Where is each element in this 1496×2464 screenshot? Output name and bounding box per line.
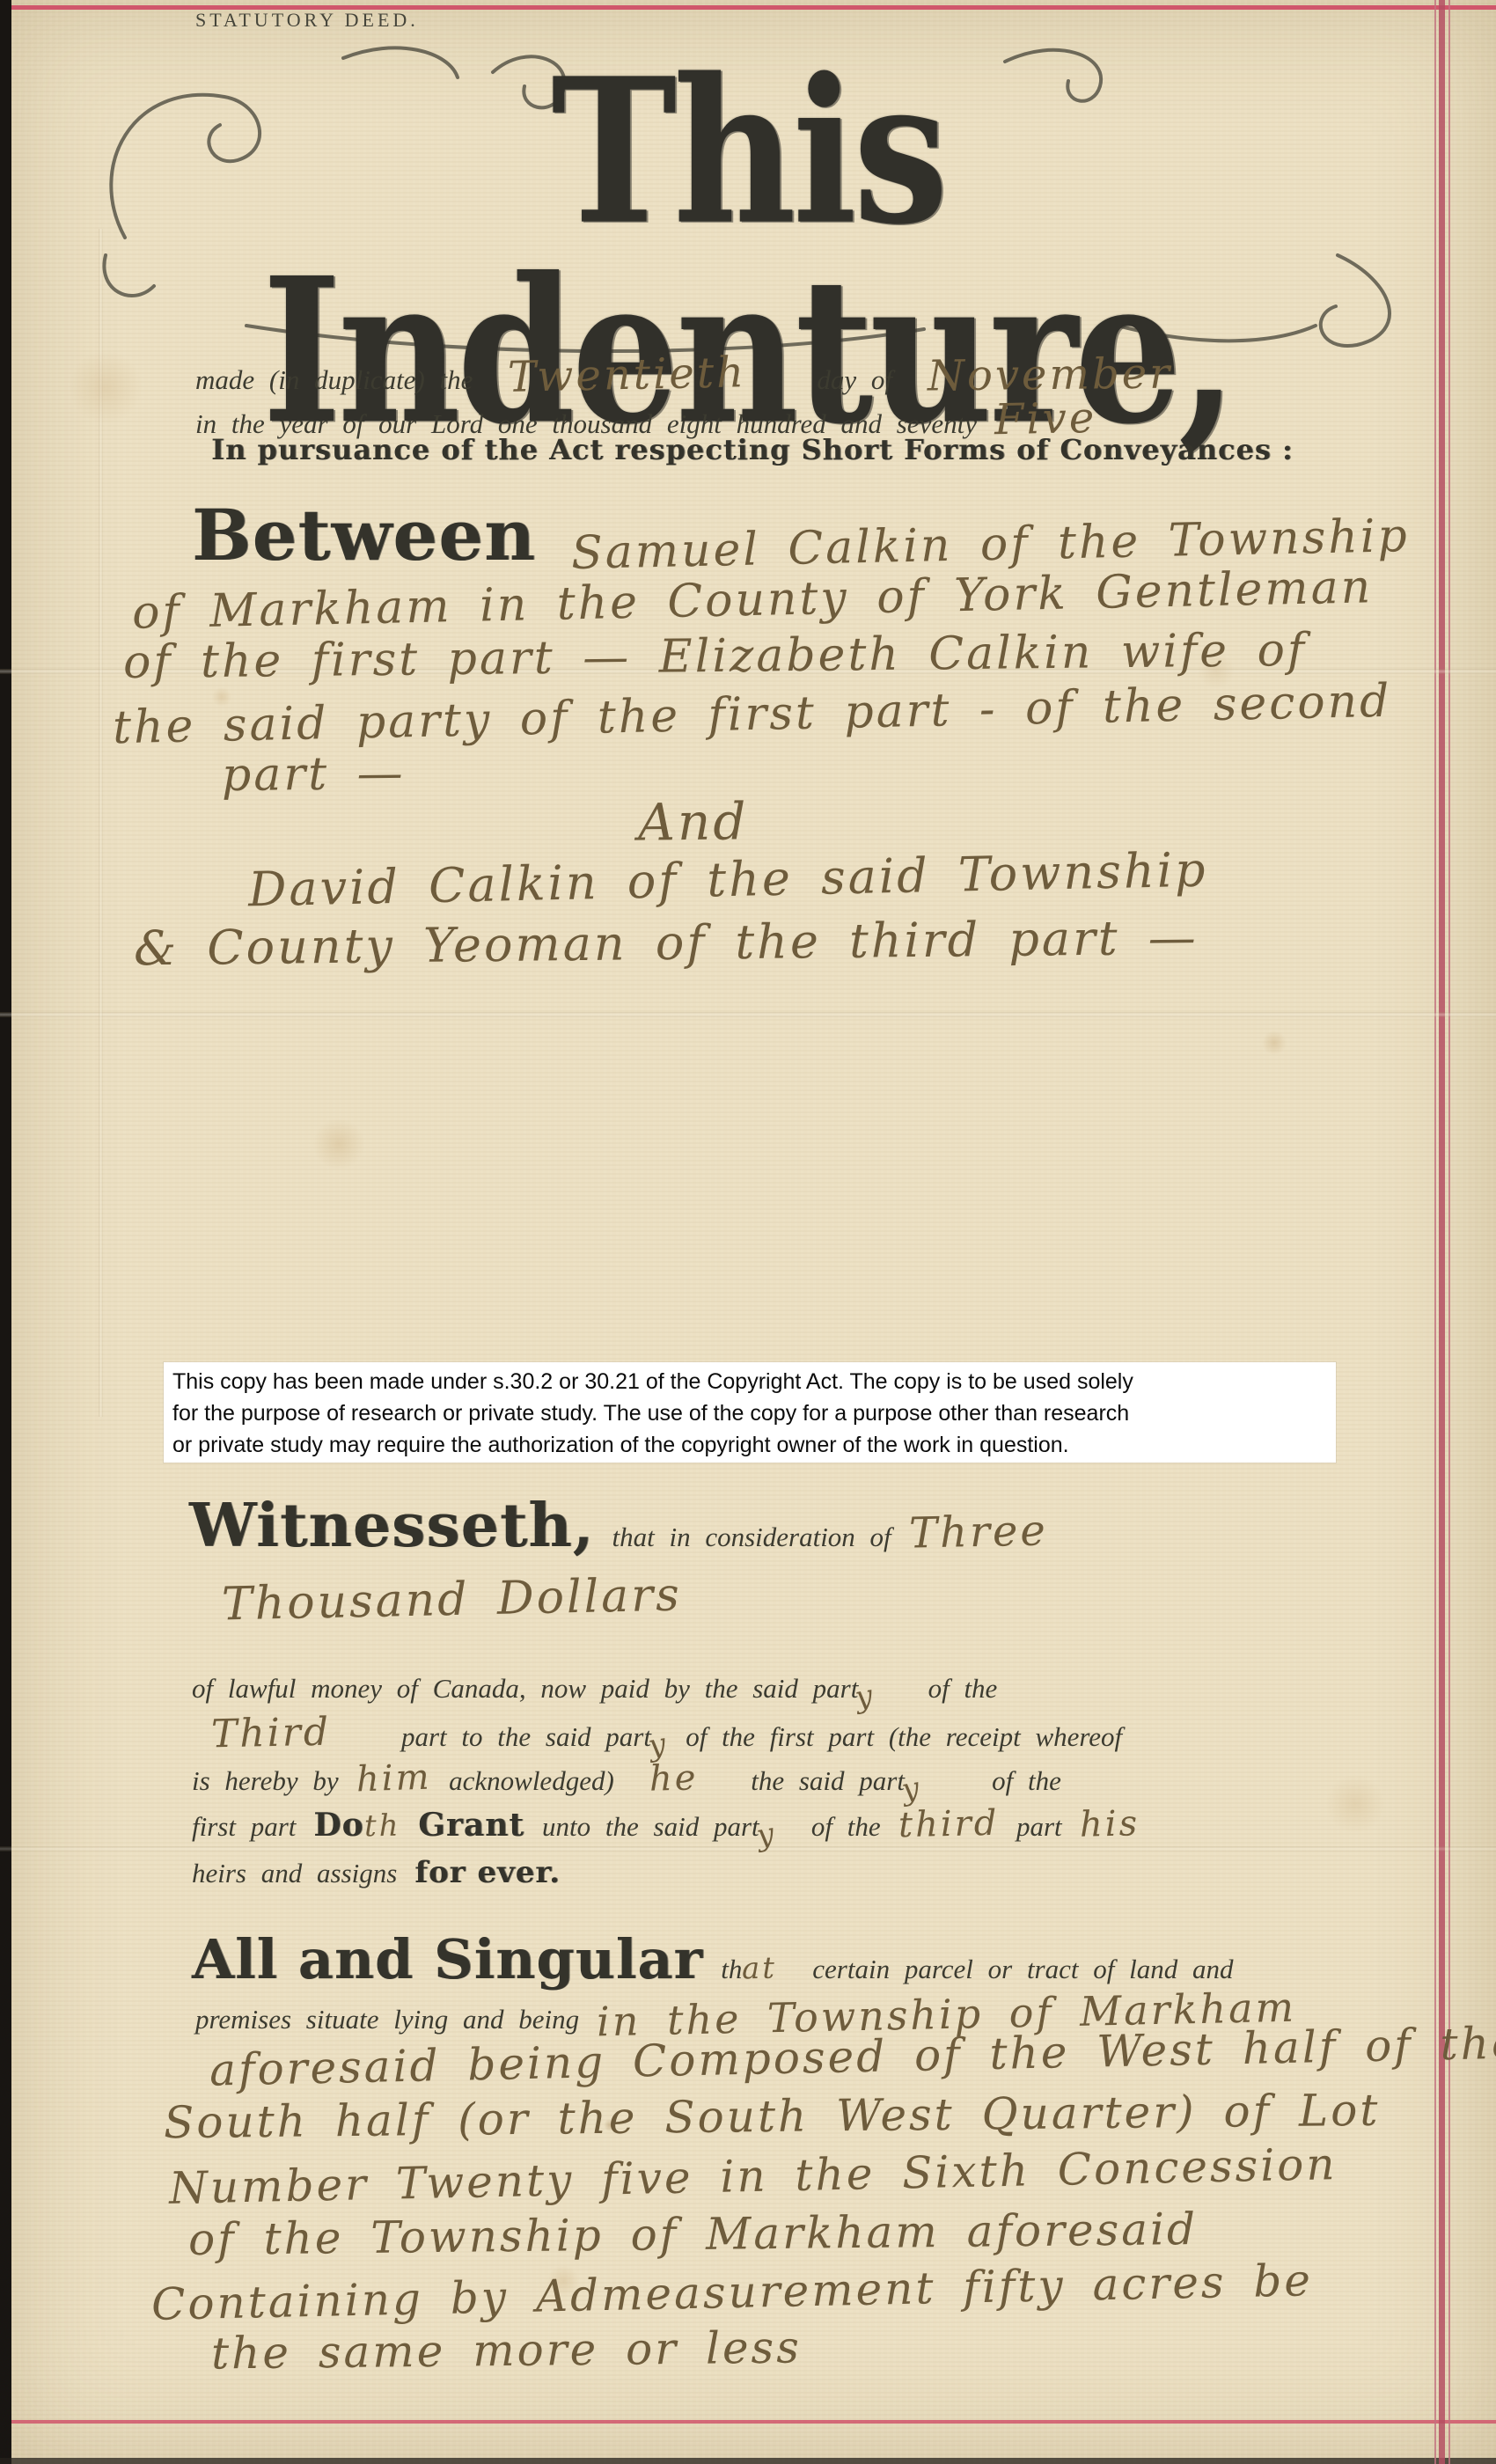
deed-document-scan: STATUTORY DEED. This Indenture, made (in… — [0, 0, 1496, 2464]
right-margin-rule — [1439, 0, 1445, 2464]
fold-crease — [0, 1846, 1496, 1852]
handwritten-at: at — [742, 1951, 778, 1987]
printed-text: of the — [811, 1811, 881, 1843]
handwritten-him: him — [356, 1757, 432, 1800]
printed-text: that in consideration of — [612, 1522, 891, 1553]
handwritten-third-party-line: & County Yeoman of the third part — — [134, 910, 1199, 977]
blackletter-grant: Grant — [418, 1807, 524, 1844]
handwritten-th: th — [363, 1808, 400, 1844]
printed-text: unto the said part — [542, 1811, 759, 1843]
handwritten-and: And — [638, 791, 749, 852]
printed-text: of the first part (the receipt whereof — [686, 1721, 1122, 1753]
witnesseth-heading: Witnesseth, — [189, 1496, 594, 1556]
pursuance-line: In pursuance of the Act respecting Short… — [189, 433, 1316, 466]
printed-text: of the — [928, 1673, 998, 1705]
blackletter-forever: for ever. — [414, 1855, 561, 1890]
printed-text: day of — [817, 364, 892, 396]
printed-text: first part — [192, 1811, 296, 1843]
printed-text: acknowledged) — [449, 1765, 614, 1797]
between-section-start: Between Samuel Calkin of the Township — [192, 500, 1410, 571]
handwritten-y: y — [899, 1770, 925, 1808]
handwritten-party-line: part — — [222, 747, 406, 802]
printed-text: the said part — [751, 1765, 905, 1797]
copyright-notice-line: or private study may require the authori… — [172, 1429, 1327, 1461]
opening-line-1: made (in duplicate) the Twentieth day of… — [195, 350, 1172, 400]
fold-crease — [0, 1012, 1496, 1017]
handwritten-description-line: Number Twenty five in the Sixth Concessi… — [169, 2138, 1338, 2214]
document-type-label: STATUTORY DEED. — [195, 9, 419, 32]
copyright-notice-line: This copy has been made under s.30.2 or … — [172, 1366, 1327, 1397]
printed-text: certain parcel or tract of land and — [812, 1954, 1233, 1985]
printed-text: premises situate lying and being — [195, 2004, 579, 2035]
all-and-singular-heading: All and Singular — [192, 1932, 703, 1987]
right-margin-rule — [1434, 0, 1436, 2464]
printed-text: part — [1016, 1811, 1062, 1843]
witnesseth-section-start: Witnesseth, that in consideration of Thr… — [189, 1496, 1047, 1557]
parcel-section-start: All and Singular th at certain parcel or… — [192, 1932, 1233, 1987]
blackletter-do: Do — [313, 1807, 363, 1844]
handwritten-third: third — [898, 1803, 999, 1845]
handwritten-month: November — [928, 349, 1173, 401]
handwritten-description-line: Containing by Admeasurement fifty acres … — [151, 2255, 1314, 2330]
printed-text: made (in duplicate) the — [195, 364, 473, 396]
printed-text: th — [721, 1954, 742, 1985]
handwritten-description-line: the same more or less — [211, 2321, 802, 2379]
consideration-line-2: Third part to the said part y of the fir… — [211, 1711, 1122, 1756]
consideration-line-3: is hereby by him acknowledged) he the sa… — [192, 1758, 1061, 1799]
printed-text: part to the said part — [401, 1721, 651, 1753]
consideration-line-1: of lawful money of Canada, now paid by t… — [192, 1670, 997, 1705]
handwritten-party-line: of the first part — Elizabeth Calkin wif… — [123, 624, 1308, 689]
between-heading: Between — [192, 500, 536, 570]
handwritten-description-line: of the Township of Markham aforesaid — [188, 2204, 1199, 2265]
handwritten-amount: Three — [908, 1506, 1048, 1558]
handwritten-description-line: South half (or the South West Quarter) o… — [164, 2085, 1381, 2148]
copyright-notice: This copy has been made under s.30.2 or … — [164, 1362, 1336, 1463]
printed-text: is hereby by — [192, 1765, 339, 1797]
handwritten-his: his — [1079, 1803, 1140, 1844]
consideration-line-4: first part Do th Grant unto the said par… — [192, 1804, 1140, 1844]
bottom-red-rule — [11, 2420, 1496, 2424]
handwritten-he: he — [649, 1757, 698, 1799]
copyright-notice-line: for the purpose of research or private s… — [172, 1397, 1327, 1429]
printed-text: of the — [992, 1765, 1061, 1797]
consideration-line-5: heirs and assigns for ever. — [192, 1855, 561, 1890]
handwritten-third: Third — [210, 1710, 331, 1757]
handwritten-amount: Thousand Dollars — [221, 1569, 682, 1632]
printed-text: heirs and assigns — [192, 1858, 397, 1889]
scan-bottom-edge — [0, 2458, 1496, 2464]
printed-text: of lawful money of Canada, now paid by t… — [192, 1673, 858, 1705]
right-margin-rule — [1448, 0, 1450, 2464]
scan-left-edge — [0, 0, 11, 2464]
handwritten-third-party-line: David Calkin of the said Township — [247, 842, 1208, 918]
